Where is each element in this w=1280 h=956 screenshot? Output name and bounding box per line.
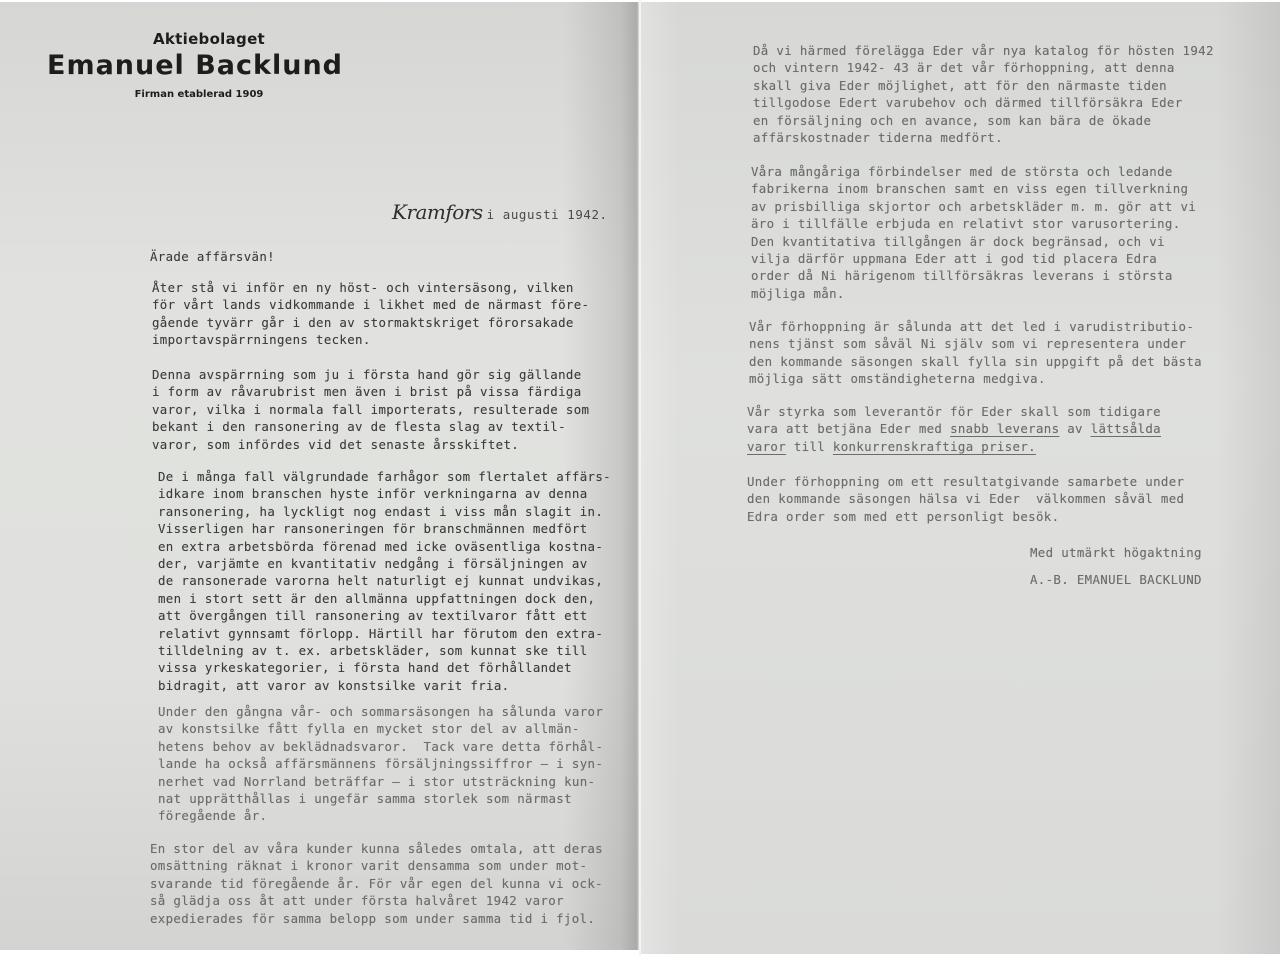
underlined-snabb-leverans: snabb leverans (950, 421, 1059, 436)
salutation: Ärade affärsvän! (150, 248, 275, 265)
strength-line-3-mid: till (786, 439, 833, 454)
company-name: Emanuel Backlund (40, 50, 350, 81)
right-paragraph-strength: Vår styrka som leverantör för Eder skall… (747, 403, 1161, 455)
valediction: Med utmärkt högaktning (1030, 544, 1202, 561)
strength-line-2-start: vara att betjäna Eder med (747, 421, 950, 436)
right-paragraph-1: Då vi härmed förelägga Eder vår nya kata… (753, 42, 1214, 146)
left-paragraph-3: De i många fall välgrundade farhågor som… (158, 468, 611, 694)
underlined-varor: varor (747, 439, 786, 454)
left-paragraph-1: Åter stå vi inför en ny höst- och vinter… (152, 279, 589, 349)
left-paragraph-5: En stor del av våra kunder kunna således… (150, 840, 603, 927)
right-paragraph-closing: Under förhoppning om ett resultatgivande… (747, 473, 1184, 525)
dateline-place: Kramfors (392, 200, 483, 224)
left-paragraph-2: Denna avspärrning som ju i första hand g… (152, 366, 589, 453)
letterhead-prefix: Aktiebolaget (68, 30, 350, 48)
underlined-lattsalda: lättsålda (1091, 421, 1161, 436)
right-paragraph-3: Vår förhoppning är sålunda att det led i… (749, 318, 1202, 388)
dateline-date: i augusti 1942. (487, 207, 608, 222)
letterhead: Aktiebolaget Emanuel Backlund Firman eta… (40, 30, 350, 100)
dateline: Kramforsi augusti 1942. (392, 200, 608, 224)
right-page: Då vi härmed förelägga Eder vår nya kata… (641, 2, 1280, 954)
left-paragraph-4: Under den gångna vår- och sommarsäsongen… (158, 703, 603, 825)
established-line: Firman etablerad 1909 (48, 89, 350, 100)
left-page: Aktiebolaget Emanuel Backlund Firman eta… (0, 2, 640, 950)
strength-line-2-mid: av (1059, 421, 1090, 436)
right-paragraph-2: Våra mångåriga förbindelser med de störs… (751, 163, 1196, 302)
strength-line-1: Vår styrka som leverantör för Eder skall… (747, 404, 1161, 419)
underlined-konkurrenskraftiga-priser: konkurrenskraftiga priser. (833, 439, 1036, 454)
signer-name: A.-B. EMANUEL BACKLUND (1030, 571, 1202, 588)
